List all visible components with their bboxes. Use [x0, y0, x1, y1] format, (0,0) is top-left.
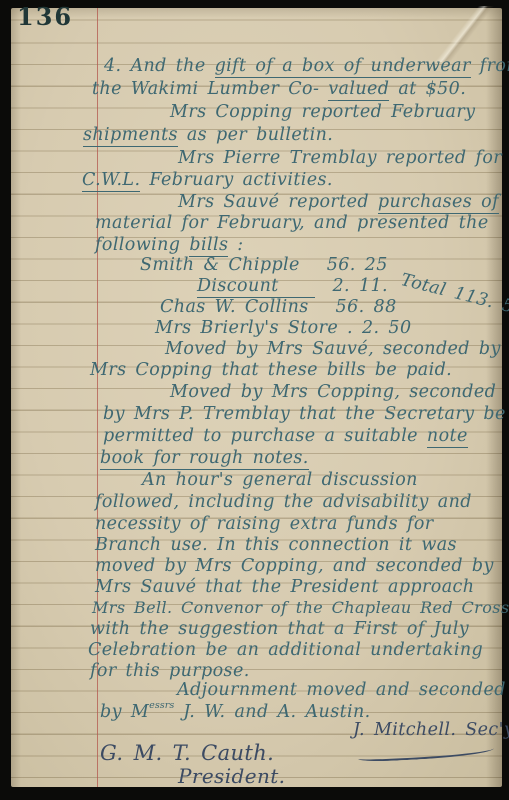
text-segment: at $50.	[389, 79, 466, 99]
handwritten-line: Chas W. Collins 56. 88	[160, 299, 397, 317]
text-segment: Moved by Mrs Copping, seconded	[170, 382, 496, 402]
handwritten-line: Mrs Copping reported February	[170, 104, 475, 122]
text-segment: Mrs Copping that these bills be paid.	[90, 360, 452, 380]
handwritten-line: by Mrs P. Tremblay that the Secretary be	[103, 406, 506, 424]
handwritten-line: for this purpose.	[90, 663, 250, 681]
underlined-text: note	[427, 426, 468, 448]
underlined-text: C.W.L.	[82, 170, 140, 192]
text-segment: Mrs Pierre Tremblay reported for	[178, 148, 502, 168]
handwritten-line: permitted to purchase a suitable note	[103, 428, 468, 446]
handwritten-line: An hour's general discussion	[142, 472, 418, 490]
underlined-text: Discount	[197, 276, 315, 298]
text-segment: necessity of raising extra funds for	[95, 514, 434, 534]
text-segment: Mrs Copping reported February	[170, 102, 475, 122]
text-segment: with the suggestion that a First of July	[90, 619, 469, 639]
scanned-page: 136 4. And the gift of a box of underwea…	[0, 0, 509, 800]
handwritten-line: Smith & Chipple 56. 25	[140, 257, 388, 275]
handwritten-line: J. Mitchell. Sec'y	[353, 722, 509, 740]
text-segment: J. W. and A. Austin.	[174, 702, 370, 722]
text-segment: Total 113. 52	[399, 270, 509, 320]
text-segment: the Wakimi Lumber Co-	[92, 79, 328, 99]
text-segment: An hour's general discussion	[142, 470, 418, 490]
text-segment: Mrs Sauvé reported	[178, 192, 378, 212]
text-segment: Chas W. Collins 56. 88	[160, 297, 397, 317]
text-segment: President.	[178, 764, 285, 788]
handwritten-line: 4. And the gift of a box of underwear fr…	[104, 58, 509, 76]
handwritten-line: moved by Mrs Copping, and seconded by	[95, 558, 494, 576]
text-segment: Moved by Mrs Sauvé, seconded by	[165, 339, 501, 359]
handwritten-line: Mrs Sauvé reported purchases of	[178, 194, 499, 212]
text-segment: Mrs Sauvé that the President approach	[95, 577, 474, 597]
underlined-text: book for rough notes.	[100, 448, 309, 470]
text-segment: Mrs Brierly's Store . 2. 50	[155, 318, 412, 338]
handwritten-line: G. M. T. Cauth.	[100, 743, 274, 764]
text-segment: 2. 11.	[315, 276, 388, 296]
handwritten-line: Moved by Mrs Copping, seconded	[170, 384, 496, 402]
text-segment: Branch use. In this connection it was	[95, 535, 457, 555]
handwritten-line: shipments as per bulletin.	[83, 127, 333, 145]
text-segment: by Mrs P. Tremblay that the Secretary be	[103, 404, 506, 424]
handwritten-line: necessity of raising extra funds for	[95, 516, 434, 534]
text-segment: Smith & Chipple 56. 25	[140, 255, 388, 275]
handwritten-line: Mrs Brierly's Store . 2. 50	[155, 320, 412, 338]
text-segment: :	[228, 235, 243, 255]
text-segment: for this purpose.	[90, 661, 250, 681]
handwritten-line: material for February, and presented the	[95, 215, 489, 233]
handwritten-line: Mrs Sauvé that the President approach	[95, 579, 474, 597]
text-segment: following	[95, 235, 189, 255]
handwritten-line: Branch use. In this connection it was	[95, 537, 457, 555]
handwritten-line: Discount 2. 11.	[197, 278, 388, 296]
text-segment: followed, including the advisability and	[95, 492, 472, 512]
handwritten-line: following bills :	[95, 237, 244, 255]
handwritten-line: followed, including the advisability and	[95, 494, 472, 512]
handwritten-line: C.W.L. February activities.	[82, 172, 333, 190]
underlined-text: valued	[328, 79, 389, 101]
text-segment: Adjournment moved and seconded	[177, 680, 506, 700]
text-segment: by M	[100, 702, 149, 722]
handwritten-line: President.	[178, 766, 285, 786]
text-segment: J. Mitchell. Sec'y	[353, 720, 509, 740]
text-segment: permitted to purchase a suitable	[103, 426, 427, 446]
text-segment: 4. And the	[104, 56, 215, 76]
text-segment: essrs	[149, 700, 174, 711]
handwritten-line: Celebration be an additional undertaking	[88, 642, 483, 660]
handwritten-line: Mrs Pierre Tremblay reported for	[178, 150, 502, 168]
handwritten-line: Adjournment moved and seconded	[177, 682, 506, 700]
handwritten-line: with the suggestion that a First of July	[90, 621, 469, 639]
text-segment: G. M. T. Cauth.	[100, 741, 274, 765]
handwritten-line: Moved by Mrs Sauvé, seconded by	[165, 341, 501, 359]
handwritten-line: book for rough notes.	[100, 450, 309, 468]
text-segment: moved by Mrs Copping, and seconded by	[95, 556, 494, 576]
text-segment: February activities.	[140, 170, 332, 190]
handwritten-line: Mrs Bell. Convenor of the Chapleau Red C…	[92, 600, 509, 616]
handwritten-line: Mrs Copping that these bills be paid.	[90, 362, 452, 380]
text-segment: material for February, and presented the	[95, 213, 489, 233]
underlined-text: bills	[189, 235, 228, 257]
text-segment: from	[471, 56, 509, 76]
underlined-text: shipments	[83, 125, 178, 147]
handwritten-line: by Messrs J. W. and A. Austin.	[100, 701, 371, 722]
handwritten-line: Total 113. 52	[399, 272, 509, 320]
handwriting-layer: 4. And the gift of a box of underwear fr…	[0, 0, 509, 800]
handwritten-line: the Wakimi Lumber Co- valued at $50.	[92, 81, 466, 99]
text-segment: Celebration be an additional undertaking	[88, 640, 483, 660]
text-segment: Mrs Bell. Convenor of the Chapleau Red C…	[92, 598, 509, 617]
underlined-text: gift of a box of underwear	[215, 56, 471, 78]
underlined-text: purchases of	[378, 192, 499, 214]
text-segment: as per bulletin.	[178, 125, 333, 145]
